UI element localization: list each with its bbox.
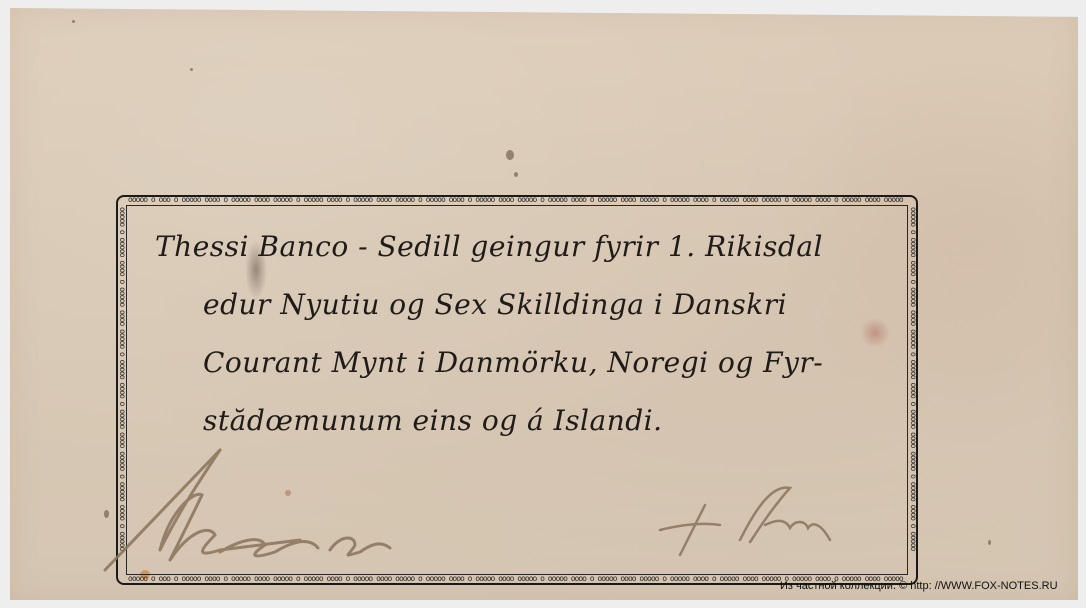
stain-speck xyxy=(72,20,75,23)
text-line-1: Thessi Banco - Sedill geingur fyrir 1. R… xyxy=(155,218,895,276)
stain-speck xyxy=(190,68,193,71)
right-signature xyxy=(650,480,850,560)
stain-speck xyxy=(506,150,514,160)
banknote-text: Thessi Banco - Sedill geingur fyrir 1. R… xyxy=(155,218,895,450)
chain-border-top: ooooo o ooo o ooooo oooo o ooooo oooo oo… xyxy=(128,196,906,205)
text-line-3: Courant Mynt i Danmörku, Noregi og Fyr- xyxy=(155,334,895,392)
stain-speck xyxy=(988,540,991,545)
watermark-text: Из частной коллекции. © http: //WWW.FOX-… xyxy=(780,580,1058,592)
left-signature xyxy=(100,440,420,580)
text-line-2: edur Nyutiu og Sex Skilldinga i Danskri xyxy=(155,276,895,334)
chain-border-right: ooooo o ooooo oooo o ooooo oooo ooooo o … xyxy=(908,207,917,573)
stain-speck xyxy=(514,172,518,177)
